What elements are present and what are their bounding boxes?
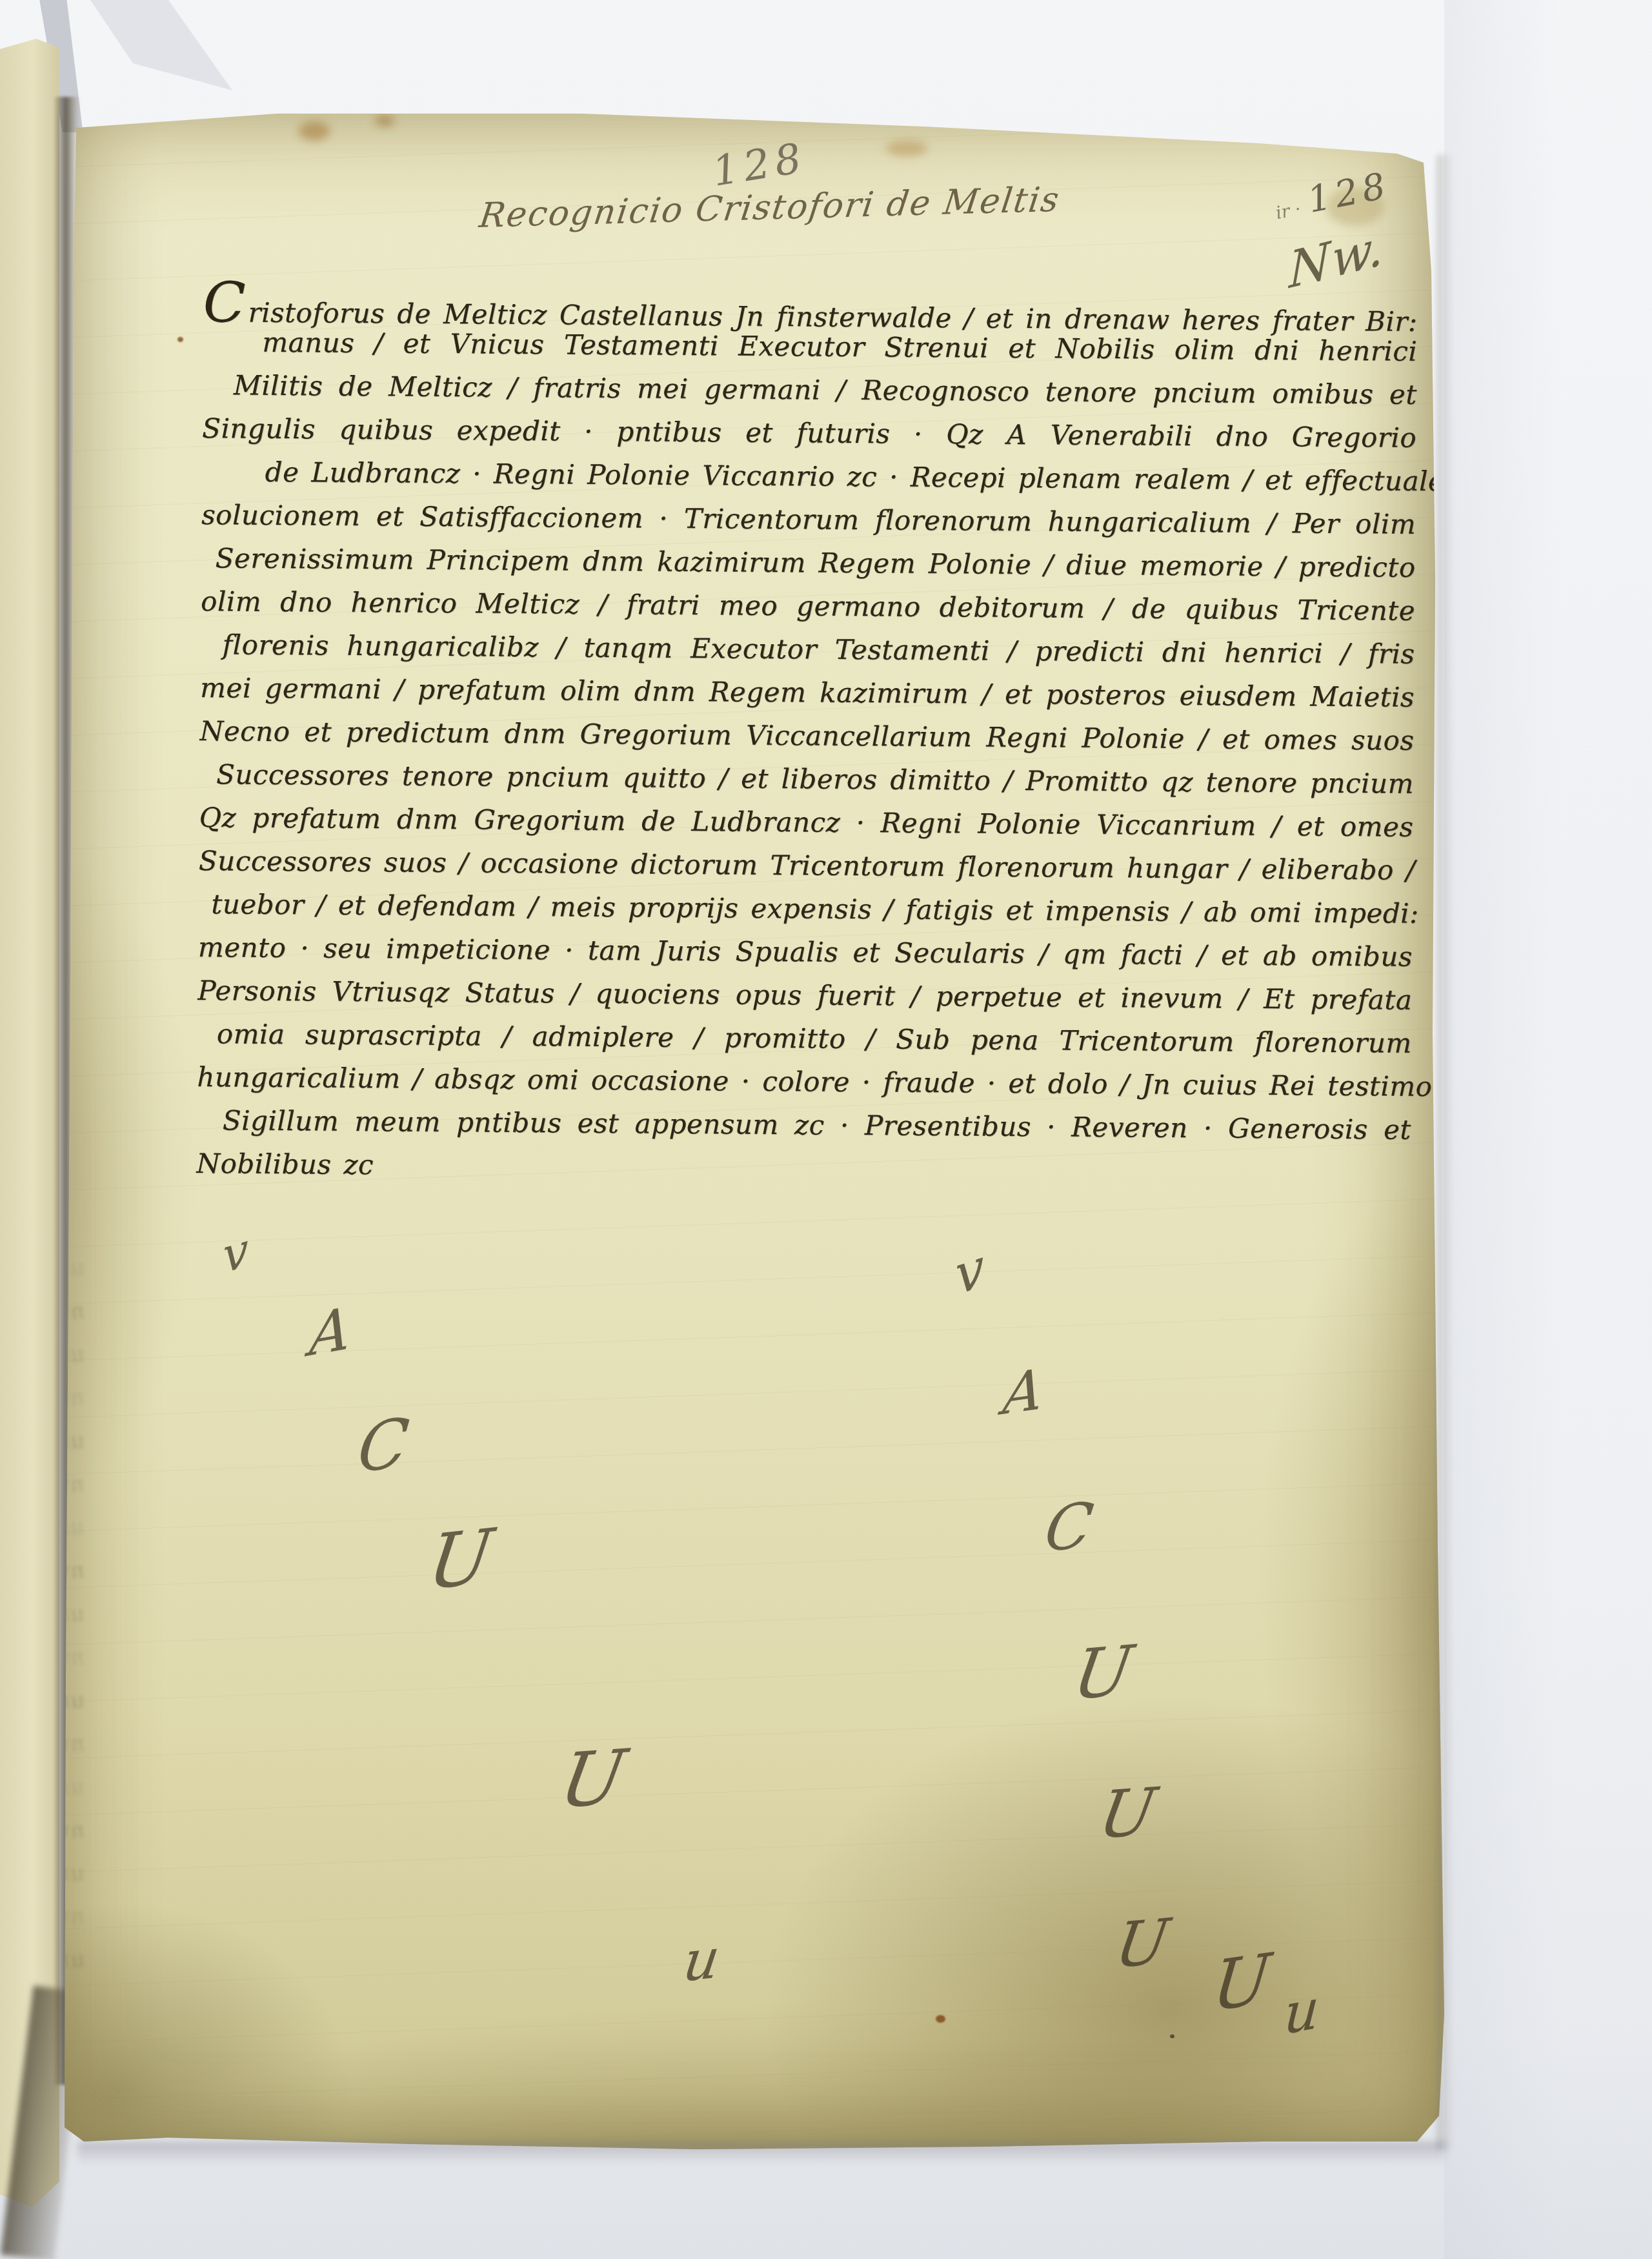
parchment-leaf: m ams dans m umv nmu vmn imu nvm umi mnv…: [61, 110, 1447, 2153]
backing-fold-sliver: [90, 0, 232, 90]
stain: [375, 115, 394, 127]
parchment-bottom-shadow: [77, 2142, 1445, 2165]
ink-speck: [936, 2015, 945, 2023]
previous-leaf-edge: [0, 39, 59, 2259]
manuscript-scan: { "scan": { "description": "Bound mediev…: [0, 0, 1652, 2259]
stain: [299, 121, 330, 141]
ink-speck: [1170, 2034, 1174, 2038]
parchment-right-shadow: [1436, 155, 1453, 2149]
stain: [886, 141, 927, 156]
charter-text-block: Cristoforus de Melticz Castellanus Jn fi…: [196, 283, 1418, 1200]
ink-speck: [177, 337, 183, 342]
corner-prefix-mark: ir ·: [1274, 199, 1303, 223]
backing-sheet: [1444, 0, 1652, 2259]
